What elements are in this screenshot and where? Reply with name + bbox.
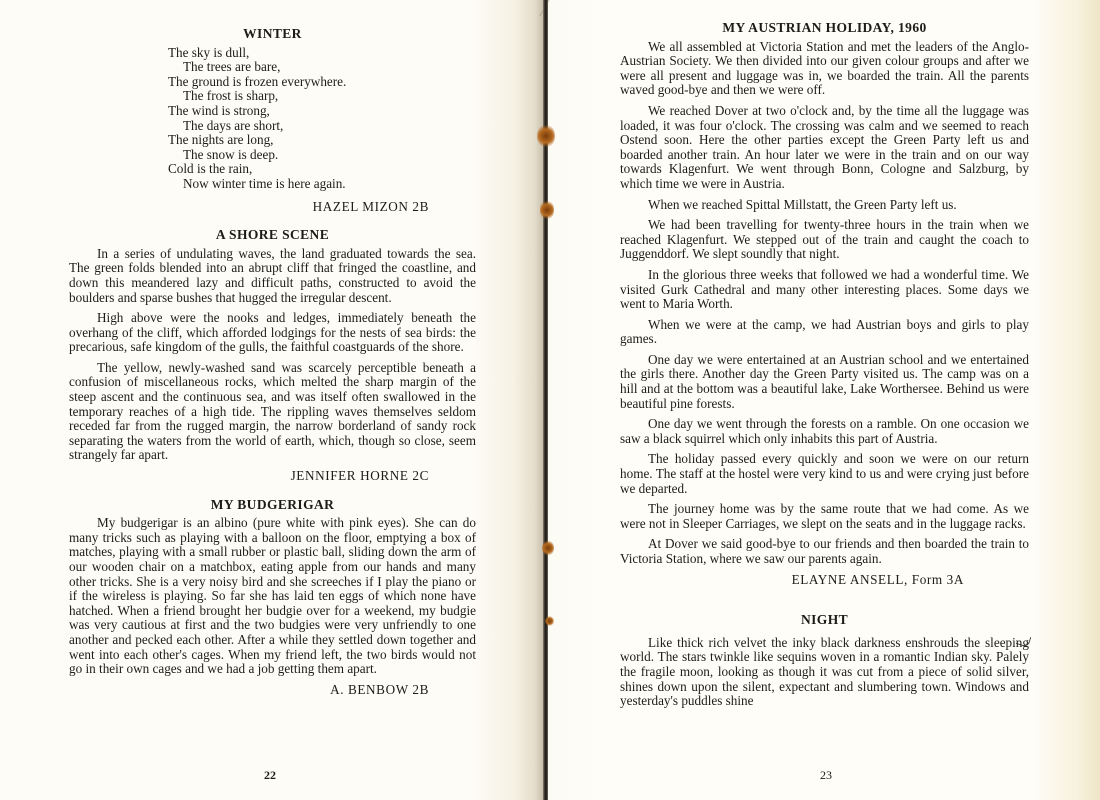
paragraph: In the glorious three weeks that followe… xyxy=(620,268,1029,312)
article-title: MY AUSTRIAN HOLIDAY, 1960 xyxy=(620,21,1029,36)
left-page-content: WINTER The sky is dull, The trees are ba… xyxy=(69,27,476,711)
paragraph: One day we were entertained at an Austri… xyxy=(620,353,1029,411)
paragraph: Like thick rich velvet the inky black da… xyxy=(620,636,1029,709)
article-shore-scene: A SHORE SCENE In a series of undulating … xyxy=(69,228,476,484)
article-austrian-holiday: MY AUSTRIAN HOLIDAY, 1960 We all assembl… xyxy=(620,21,1029,587)
article-night: NIGHT Like thick rich velvet the inky bl… xyxy=(620,613,1029,709)
paragraph: The holiday passed every quickly and soo… xyxy=(620,452,1029,496)
paragraph: We had been travelling for twenty-three … xyxy=(620,218,1029,262)
poem-line: The snow is deep. xyxy=(168,148,476,163)
poem-line: The frost is sharp, xyxy=(168,89,476,104)
rust-stain xyxy=(540,200,554,220)
right-page-content: MY AUSTRIAN HOLIDAY, 1960 We all assembl… xyxy=(620,21,1029,715)
book-spine xyxy=(543,0,548,800)
poem-line: The days are short, xyxy=(168,119,476,134)
poem-line: The sky is dull, xyxy=(168,46,476,61)
poem-line: Now winter time is here again. xyxy=(168,177,476,192)
poem-line: Cold is the rain, xyxy=(168,162,476,177)
rust-stain xyxy=(537,124,555,148)
article-budgerigar: MY BUDGERIGAR My budgerigar is an albino… xyxy=(69,498,476,698)
poem-line: The nights are long, xyxy=(168,133,476,148)
paragraph: My budgerigar is an albino (pure white w… xyxy=(69,516,476,677)
paragraph: The yellow, newly-washed sand was scarce… xyxy=(69,361,476,463)
paragraph: One day we went through the forests on a… xyxy=(620,417,1029,446)
article-title: NIGHT xyxy=(620,613,1029,628)
paragraph: We reached Dover at two o'clock and, by … xyxy=(620,104,1029,192)
poem-line: The wind is strong, xyxy=(168,104,476,119)
paragraph: The journey home was by the same route t… xyxy=(620,502,1029,531)
author-byline: ELAYNE ANSELL, Form 3A xyxy=(620,573,964,588)
poem-line: The trees are bare, xyxy=(168,60,476,75)
author-byline: JENNIFER HORNE 2C xyxy=(69,469,429,484)
page-number: 22 xyxy=(264,768,276,783)
rust-stain xyxy=(545,616,554,626)
paragraph: We all assembled at Victoria Station and… xyxy=(620,40,1029,98)
page-number: 23 xyxy=(820,768,832,783)
rust-stain xyxy=(542,540,554,556)
paragraph: High above were the nooks and ledges, im… xyxy=(69,311,476,355)
book-spread: WINTER The sky is dull, The trees are ba… xyxy=(0,0,1100,800)
poem-line: The ground is frozen everywhere. xyxy=(168,75,476,90)
author-byline: HAZEL MIZON 2B xyxy=(69,200,429,215)
paragraph: When we reached Spittal Millstatt, the G… xyxy=(620,198,1029,213)
poem-body: The sky is dull, The trees are bare, The… xyxy=(168,46,476,192)
poem-winter: WINTER The sky is dull, The trees are ba… xyxy=(69,27,476,214)
poem-title: WINTER xyxy=(69,27,476,42)
paragraph: In a series of undulating waves, the lan… xyxy=(69,247,476,305)
paragraph: When we were at the camp, we had Austria… xyxy=(620,318,1029,347)
paragraph: At Dover we said good-bye to our friends… xyxy=(620,537,1029,566)
article-title: A SHORE SCENE xyxy=(69,228,476,243)
article-title: MY BUDGERIGAR xyxy=(69,498,476,513)
author-byline: A. BENBOW 2B xyxy=(69,683,429,698)
